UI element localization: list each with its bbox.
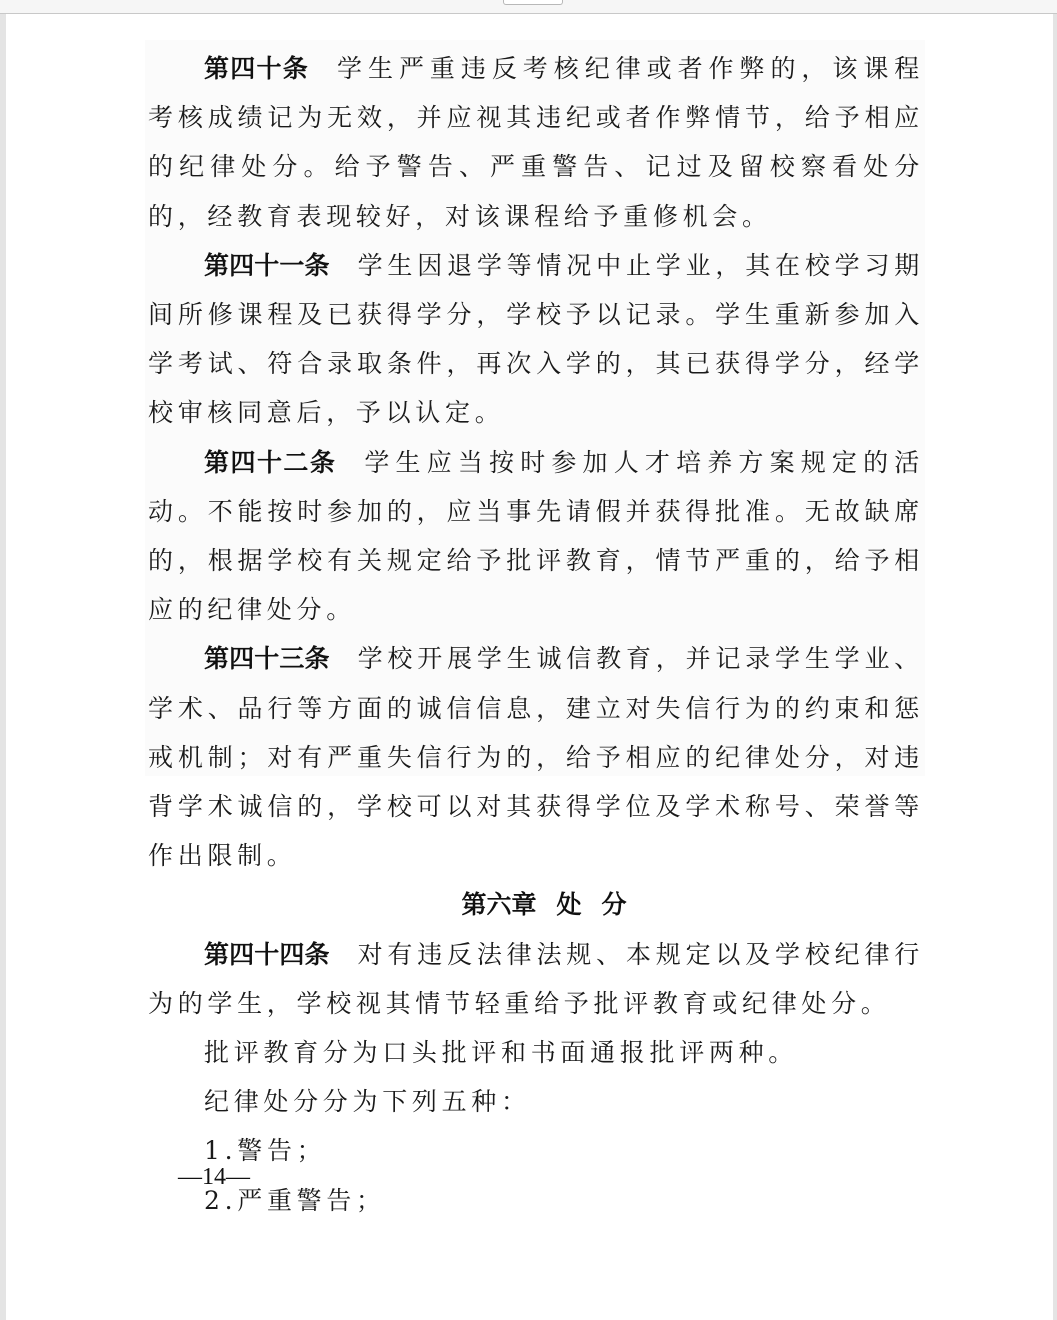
page-number: —14—: [178, 1164, 250, 1191]
article-40: 第四十条学生严重违反考核纪律或者作弊的，该课程考核成绩记为无效，并应视其违纪或者…: [148, 44, 924, 241]
chapter-title-part: 处: [556, 890, 581, 919]
list-item: 2.严重警告；: [148, 1176, 924, 1225]
document-page: 第四十条学生严重违反考核纪律或者作弊的，该课程考核成绩记为无效，并应视其违纪或者…: [6, 14, 1053, 1320]
article-44: 第四十四条对有违反法律法规、本规定以及学校纪律行为的学生，学校视其情节轻重给予批…: [148, 930, 924, 1028]
article-42: 第四十二条学生应当按时参加人才培养方案规定的活动。不能按时参加的，应当事先请假并…: [148, 438, 924, 635]
article-41: 第四十一条学生因退学等情况中止学业，其在校学习期间所修课程及已获得学分，学校予以…: [148, 241, 924, 438]
chapter-heading: 第六章处分: [148, 880, 924, 929]
list-item: 1.警告；: [148, 1126, 924, 1175]
chapter-title-part: 分: [602, 890, 627, 919]
article-43: 第四十三条学校开展学生诚信教育，并记录学生学业、学术、品行等方面的诚信信息，建立…: [148, 634, 924, 880]
article-text: 学校开展学生诚信教育，并记录学生学业、学术、品行等方面的诚信信息，建立对失信行为…: [148, 644, 924, 870]
article-title: 第四十三条: [204, 644, 330, 673]
paragraph: 纪律处分分为下列五种：: [148, 1077, 924, 1126]
article-title: 第四十四条: [204, 940, 330, 969]
page-content: 第四十条学生严重违反考核纪律或者作弊的，该课程考核成绩记为无效，并应视其违纪或者…: [148, 44, 924, 1225]
viewer-top-bar: [0, 0, 1057, 14]
article-title: 第四十二条: [204, 448, 336, 477]
article-title: 第四十条: [204, 54, 309, 83]
article-title: 第四十一条: [204, 251, 330, 280]
chapter-number: 第六章: [461, 890, 536, 919]
paragraph: 批评教育分为口头批评和书面通报批评两种。: [148, 1028, 924, 1077]
toolbar-toggle-handle[interactable]: [503, 0, 563, 5]
